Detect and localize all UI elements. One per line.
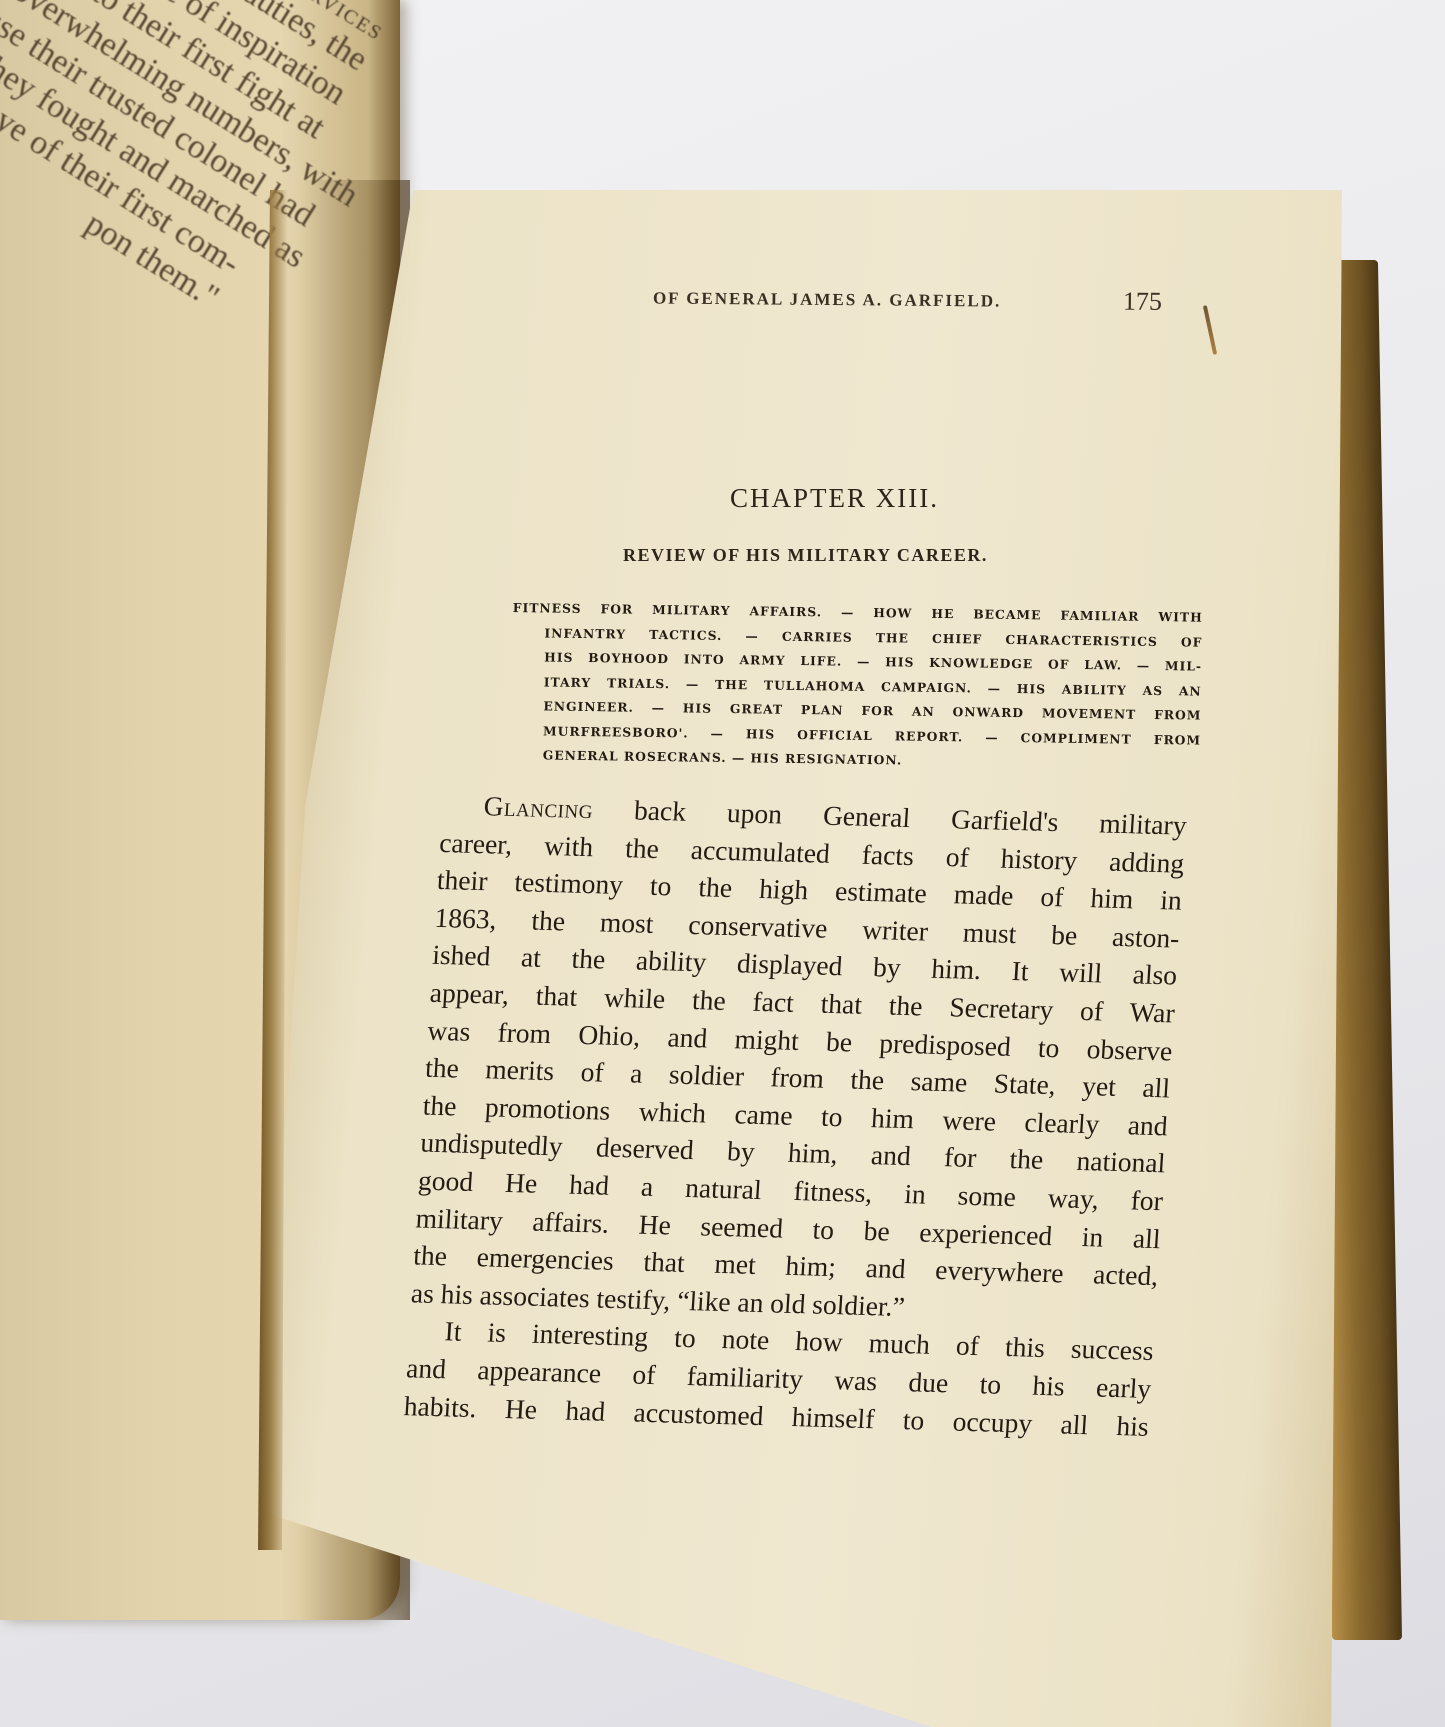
running-head-title: OF GENERAL JAMES A. GARFIELD.	[653, 288, 1001, 310]
chapter-synopsis: FITNESS FOR MILITARY AFFAIRS. — HOW HE B…	[511, 596, 1203, 777]
body-text: Glancing back upon General Garfield's mi…	[403, 786, 1188, 1445]
right-page-content: OF GENERAL JAMES A. GARFIELD. 175 CHAPTE…	[395, 0, 1215, 1727]
running-head: OF GENERAL JAMES A. GARFIELD. 175	[653, 288, 1001, 311]
drop-word: Glancing	[483, 790, 594, 824]
page-number: 175	[1123, 287, 1162, 317]
chapter-subtitle: REVIEW OF HIS MILITARY CAREER.	[623, 545, 988, 566]
chapter-title: CHAPTER XIII.	[730, 483, 939, 514]
